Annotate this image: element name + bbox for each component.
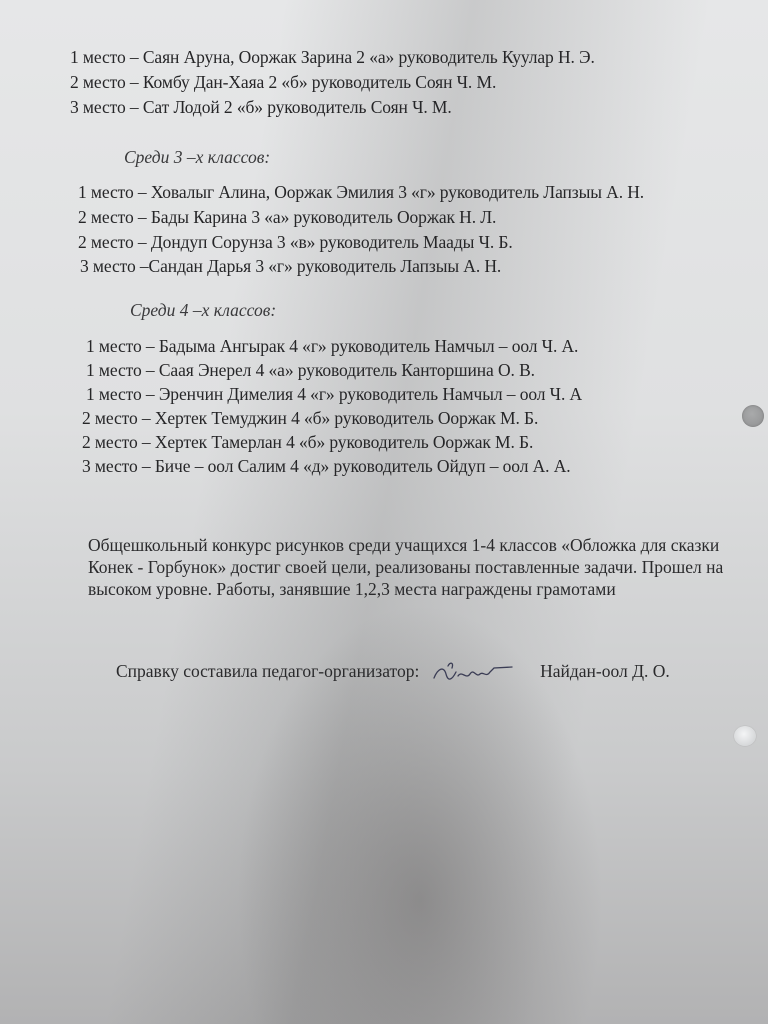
result-entry: 1 место – Ховалыг Алина, Ооржак Эмилия 3… <box>78 182 644 203</box>
result-entry: 2 место – Хертек Тамерлан 4 «б» руководи… <box>82 432 533 453</box>
result-entry: 1 место – Бадыма Ангырак 4 «г» руководит… <box>86 336 578 357</box>
conclusion-paragraph: Общешкольный конкурс рисунков среди учащ… <box>88 534 738 600</box>
document-page: 1 место – Саян Аруна, Ооржак Зарина 2 «а… <box>0 0 768 1024</box>
result-entry: 1 место – Саая Энерел 4 «а» руководитель… <box>86 360 535 381</box>
result-entry: 1 место – Эренчин Димелия 4 «г» руководи… <box>86 384 582 405</box>
section-heading-grade4: Среди 4 –х классов: <box>130 300 276 321</box>
signatory-name: Найдан-оол Д. О. <box>540 661 670 681</box>
signature-label: Справку составила педагог-организатор: <box>116 661 419 681</box>
signature-row: Справку составила педагог-организатор: Н… <box>116 660 670 686</box>
result-entry: 3 место –Сандан Дарья 3 «г» руководитель… <box>80 256 501 277</box>
result-entry: 2 место – Бады Карина 3 «а» руководитель… <box>78 207 496 228</box>
result-entry: 2 место – Комбу Дан-Хаяа 2 «б» руководит… <box>70 72 496 93</box>
punch-hole <box>742 405 764 427</box>
section-heading-grade3: Среди 3 –х классов: <box>124 147 270 168</box>
result-entry: 1 место – Саян Аруна, Ооржак Зарина 2 «а… <box>70 47 595 68</box>
result-entry: 3 место – Биче – оол Салим 4 «д» руковод… <box>82 456 571 477</box>
result-entry: 3 место – Сат Лодой 2 «б» руководитель С… <box>70 97 452 118</box>
handwritten-signature-icon <box>428 660 518 686</box>
result-entry: 2 место – Хертек Темуджин 4 «б» руководи… <box>82 408 538 429</box>
punch-hole <box>734 726 756 746</box>
result-entry: 2 место – Дондуп Сорунза 3 «в» руководит… <box>78 232 513 253</box>
